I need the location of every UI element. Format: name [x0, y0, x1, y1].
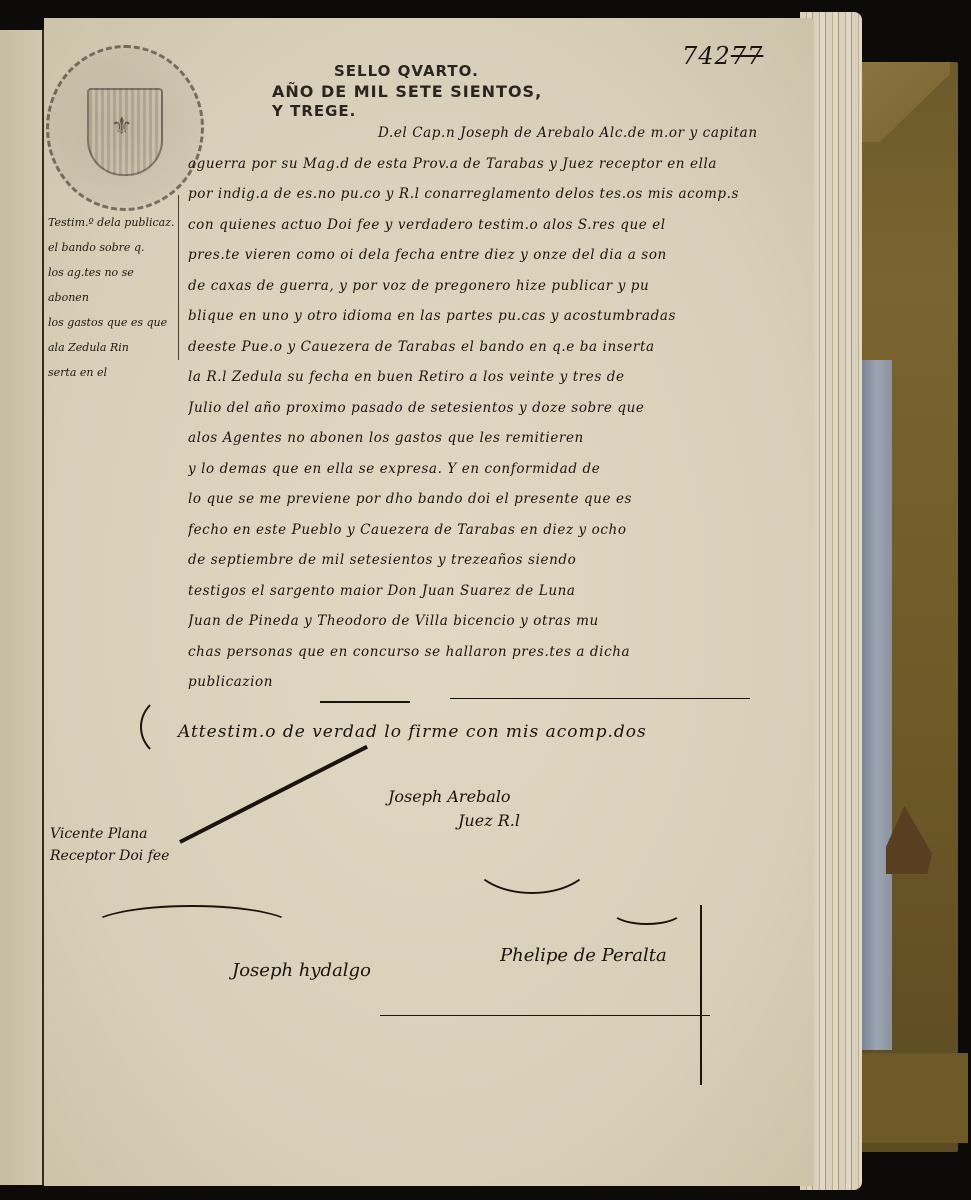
body-line: de septiembre de mil setesientos y treze… — [188, 545, 798, 576]
body-line: testigos el sargento maior Don Juan Suar… — [188, 576, 798, 607]
margin-rule — [178, 195, 179, 360]
folio-number-struck: 77 — [731, 42, 764, 70]
body-line: y lo demas que en ella se expresa. Y en … — [188, 454, 798, 485]
body-line: la R.l Zedula su fecha en buen Retiro a … — [188, 362, 798, 393]
coat-of-arms-icon — [87, 88, 163, 176]
stamp-line-1: SELLO QVARTO. — [334, 62, 542, 82]
body-line: aguerra por su Mag.d de esta Prov.a de T… — [188, 149, 798, 180]
margin-note-line: serta en el — [48, 360, 178, 385]
body-line: chas personas que en concurso se hallaro… — [188, 637, 798, 668]
body-line: lo que se me previene por dho bando doi … — [188, 484, 798, 515]
body-line: de caxas de guerra, y por voz de pregone… — [188, 271, 798, 302]
left-facing-page — [0, 30, 44, 1185]
body-line: con quienes actuo Doi fee y verdadero te… — [188, 210, 798, 241]
margin-note-line: Testim.º dela publicaz. — [48, 210, 178, 235]
folio-number: 74277 — [682, 42, 763, 70]
royal-seal — [46, 45, 204, 211]
body-line: alos Agentes no abonen los gastos que le… — [188, 423, 798, 454]
signature-judge-name: Joseph Arebalo — [388, 785, 520, 809]
margin-note-line: los gastos que es que — [48, 310, 178, 335]
signature-witness-peralta: Phelipe de Peralta — [500, 945, 667, 966]
body-line: publicazion — [188, 667, 798, 698]
notary-flourish-icon — [90, 905, 294, 949]
margin-note-line: los ag.tes no se abonen — [48, 260, 178, 310]
body-line: blique en uno y otro idioma en las parte… — [188, 301, 798, 332]
closing-flourish-icon — [140, 695, 204, 759]
peralta-rubric-icon — [700, 905, 702, 1085]
body-line: fecho en este Pueblo y Cauezera de Tarab… — [188, 515, 798, 546]
body-line: por indig.a de es.no pu.co y R.l conarre… — [188, 179, 798, 210]
signature-notary: Vicente Plana Receptor Doi fee — [50, 823, 169, 867]
stamped-paper-header: SELLO QVARTO. AÑO DE MIL SETE SIENTOS, Y… — [272, 62, 542, 122]
hidalgo-rubric-icon — [380, 1015, 710, 1016]
body-line: Julio del año proximo pasado de setesien… — [188, 393, 798, 424]
body-line: deeste Pue.o y Cauezera de Tarabas el ba… — [188, 332, 798, 363]
blue-paper-strip — [862, 360, 892, 1050]
manuscript-body: D.el Cap.n Joseph de Arebalo Alc.de m.or… — [188, 118, 798, 698]
judge-flourish-icon — [470, 820, 594, 894]
body-line: Juan de Pineda y Theodoro de Villa bicen… — [188, 606, 798, 637]
closing-attestation: Attestim.o de verdad lo firme con mis ac… — [178, 722, 647, 742]
end-rule-1 — [320, 701, 410, 703]
margin-note: Testim.º dela publicaz. el bando sobre q… — [48, 210, 178, 385]
end-rule-2 — [450, 698, 750, 699]
peralta-flourish-icon — [610, 895, 684, 925]
stamp-line-2: AÑO DE MIL SETE SIENTOS, — [272, 82, 542, 103]
margin-note-line: el bando sobre q. — [48, 235, 178, 260]
body-line: D.el Cap.n Joseph de Arebalo Alc.de m.or… — [188, 118, 798, 149]
signature-witness-hidalgo: Joseph hydalgo — [232, 960, 371, 981]
margin-note-line: ala Zedula Rin — [48, 335, 178, 360]
binding-bottom-block — [858, 1053, 968, 1143]
signature-notary-title: Receptor Doi fee — [50, 845, 169, 867]
folio-number-current: 742 — [682, 42, 731, 70]
signature-notary-name: Vicente Plana — [50, 823, 169, 845]
body-line: pres.te vieren como oi dela fecha entre … — [188, 240, 798, 271]
